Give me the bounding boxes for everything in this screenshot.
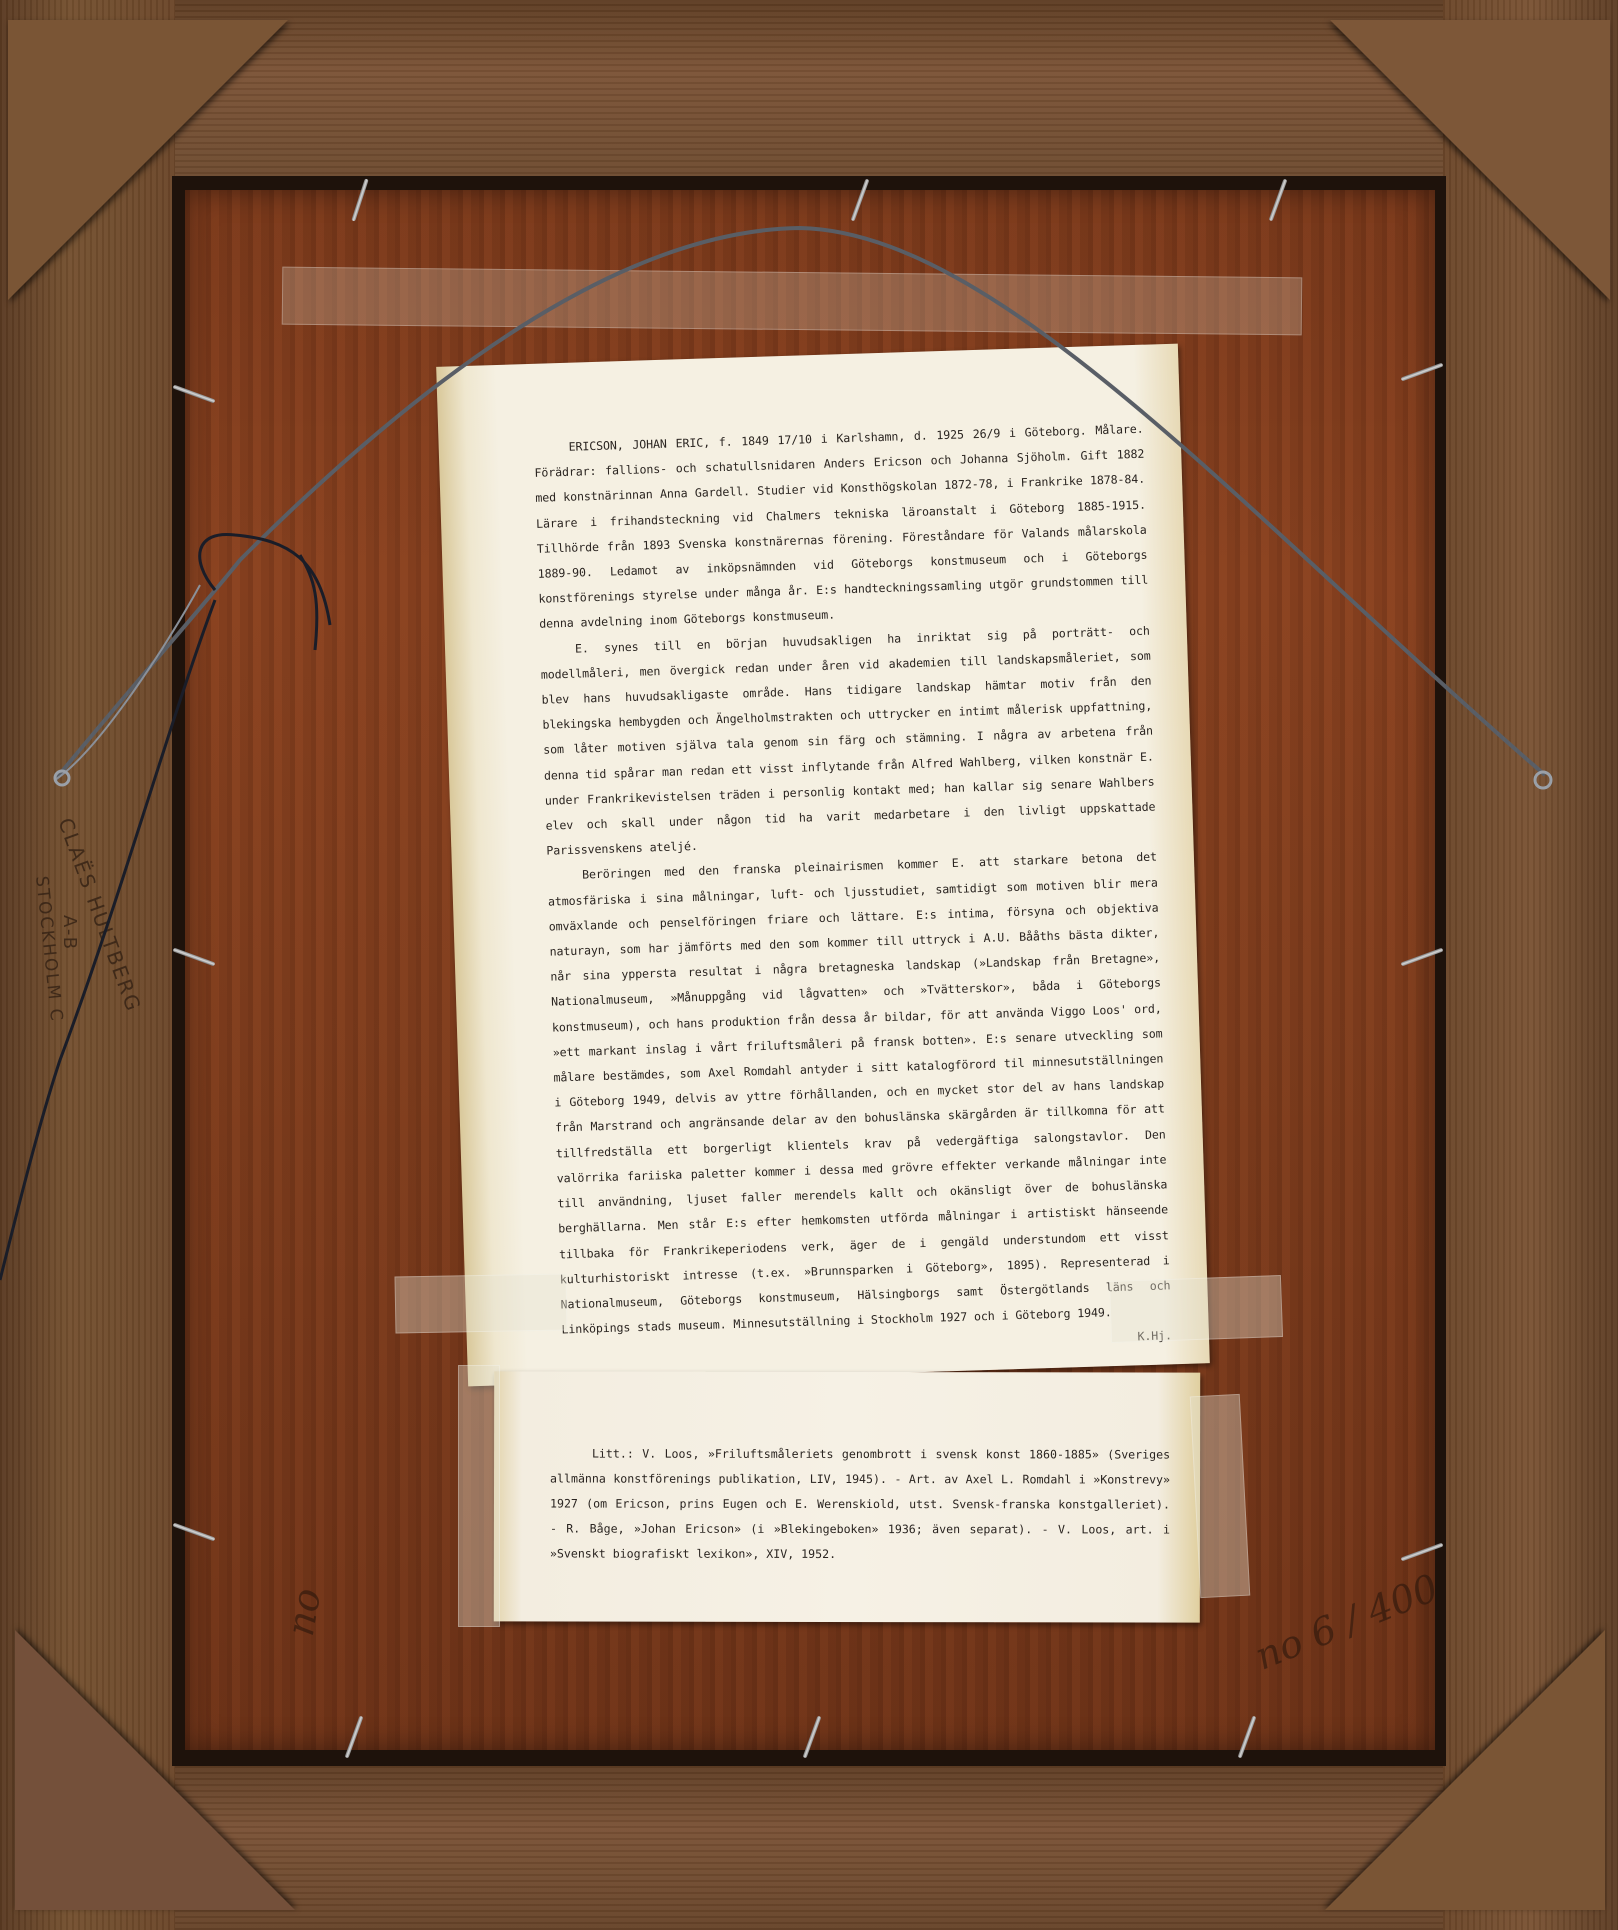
stamp-line-2: A-B [58, 915, 80, 951]
tape-piece [395, 1274, 568, 1334]
biography-paragraph-3: Beröringen med den franska pleinairismen… [547, 845, 1172, 1343]
corner-brace-bottom-left [15, 1630, 295, 1910]
corner-brace-top-right [1330, 20, 1610, 300]
tape-piece [458, 1365, 500, 1627]
references-document: Litt.: V. Loos, »Friluftsmåleriets genom… [494, 1371, 1200, 1622]
pencil-inscription: no [278, 1585, 330, 1639]
tape-strip-top [282, 267, 1303, 336]
tape-piece [1109, 1275, 1283, 1343]
corner-brace-top-left [8, 20, 288, 300]
biography-paragraph-2: E. synes till en början huvudsakligen ha… [540, 618, 1157, 864]
tape-piece [1190, 1394, 1251, 1598]
biography-document: ERICSON, JOHAN ERIC, f. 1849 17/10 i Kar… [436, 344, 1210, 1387]
references-text: Litt.: V. Loos, »Friluftsmåleriets genom… [550, 1441, 1170, 1567]
framer-stamp: CLAËS HULTBERG A-B STOCKHOLM C [40, 815, 160, 1055]
biography-paragraph-1: ERICSON, JOHAN ERIC, f. 1849 17/10 i Kar… [533, 417, 1149, 638]
corner-brace-bottom-right [1325, 1630, 1605, 1910]
